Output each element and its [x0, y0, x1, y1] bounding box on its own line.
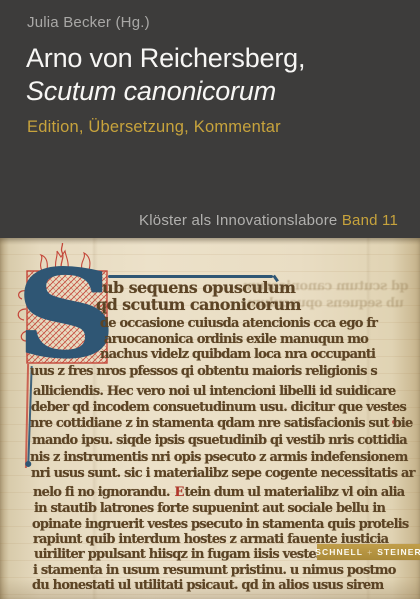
title-line-1: Arno von Reichersberg, — [26, 42, 305, 75]
ms-line: in stautib latrones forte supuenint aut … — [34, 501, 385, 516]
ms-line-rubric: nelo fi no ignorandu. Etein dum ul mater… — [33, 485, 404, 500]
subtitle: Edition, Übersetzung, Kommentar — [27, 118, 281, 137]
ms-line: i stamenta in usum resumunt pristinu. u … — [33, 563, 396, 578]
ms-line: nachus videlz quibdam loca nra occupanti — [100, 347, 375, 362]
series-label: Klöster als Innovationslabore Band 11 — [139, 212, 398, 229]
manuscript-photo: qd scutum canonicorum ub sequens opuscul… — [0, 238, 420, 599]
ms-line: mando ipsu. siqde ipsis qsuetudinib qi v… — [32, 433, 407, 448]
ms-line: aruocanonica ordinis exile manuqun mo — [104, 332, 368, 347]
book-cover: Julia Becker (Hg.) Arno von Reichersberg… — [0, 0, 420, 599]
publisher-name-left: SCHNELL — [315, 547, 363, 557]
ms-line: qd scutum canonicorum — [96, 295, 301, 314]
ms-line: deber qd incodem consuetudinum usu. dici… — [31, 400, 406, 415]
ms-line: opinate ingruerit vestes psecuto in stam… — [32, 517, 408, 532]
ms-line: nre cottidiane z in stamenta qdam nre sa… — [30, 416, 413, 431]
ms-line: alliciendis. Hec vero noi ul intencioni … — [33, 384, 395, 399]
ms-line: uus z fres nros pfessos qi obtentu maior… — [30, 364, 377, 379]
ms-line: nis z instrumentis nri opis psecuto z ar… — [30, 450, 408, 465]
series-volume: Band 11 — [342, 212, 398, 229]
ms-line: de occasione cuiusda atencionis cca ego … — [100, 316, 377, 331]
ms-line: nri usus sunt. sic i materialibz sepe co… — [31, 466, 415, 481]
ms-line: du honestati ul utilitati psicaut. qd in… — [32, 578, 383, 593]
author-editor: Julia Becker (Hg.) — [27, 14, 150, 31]
ms-line: uiriliter ppulsant hiisqz in fugam iisis… — [34, 547, 323, 562]
book-title: Arno von Reichersberg, Scutum canonicoru… — [26, 42, 305, 108]
rubric-initial: E — [173, 485, 184, 500]
title-line-2: Scutum canonicorum — [26, 75, 305, 108]
series-name: Klöster als Innovationslabore — [139, 212, 342, 229]
publisher-name-right: STEINER — [377, 547, 420, 557]
publisher-logo: SCHNELL+STEINER — [317, 544, 420, 560]
publisher-plus-separator: + — [367, 547, 373, 557]
